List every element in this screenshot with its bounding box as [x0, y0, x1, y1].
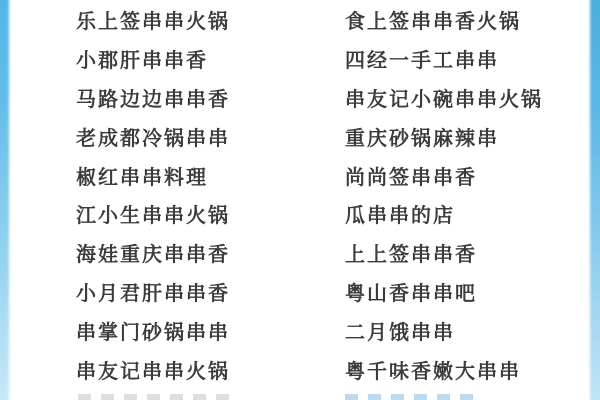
restaurant-name: 小月君肝串串香 — [76, 284, 230, 323]
restaurant-list-left-column: 乐上签串串火锅 小郡肝串串香 马路边边串串香 老成都冷锅串串 椒红串串料理 江小… — [76, 12, 230, 400]
restaurant-name: 串友记小碗串串火锅 — [345, 90, 543, 129]
restaurant-name: 椒红串串料理 — [76, 168, 230, 207]
restaurant-name: 江小生串串火锅 — [76, 206, 230, 245]
restaurant-name: 马路边边串串香 — [76, 90, 230, 129]
restaurant-name: 瓜串串的店 — [345, 206, 543, 245]
clipped-next-row-right — [345, 394, 473, 400]
restaurant-name: 二月饿串串 — [345, 323, 543, 362]
restaurant-name: 尚尚签串串香 — [345, 168, 543, 207]
restaurant-list-right-column: 食上签串串香火锅 四经一手工串串 串友记小碗串串火锅 重庆砂锅麻辣串 尚尚签串串… — [345, 12, 543, 400]
restaurant-name: 海娃重庆串串香 — [76, 245, 230, 284]
restaurant-name: 食上签串串香火锅 — [345, 12, 543, 51]
restaurant-name: 串掌门砂锅串串 — [76, 323, 230, 362]
clipped-next-row-left — [78, 394, 230, 400]
restaurant-name: 四经一手工串串 — [345, 51, 543, 90]
restaurant-name: 乐上签串串火锅 — [76, 12, 230, 51]
restaurant-name: 粤山香串串吧 — [345, 284, 543, 323]
right-border-decoration — [590, 0, 600, 400]
page: 乐上签串串火锅 小郡肝串串香 马路边边串串香 老成都冷锅串串 椒红串串料理 江小… — [0, 0, 600, 400]
restaurant-name: 重庆砂锅麻辣串 — [345, 129, 543, 168]
left-border-decoration — [0, 0, 9, 400]
restaurant-name: 上上签串串香 — [345, 245, 543, 284]
restaurant-name: 小郡肝串串香 — [76, 51, 230, 90]
restaurant-name: 老成都冷锅串串 — [76, 129, 230, 168]
